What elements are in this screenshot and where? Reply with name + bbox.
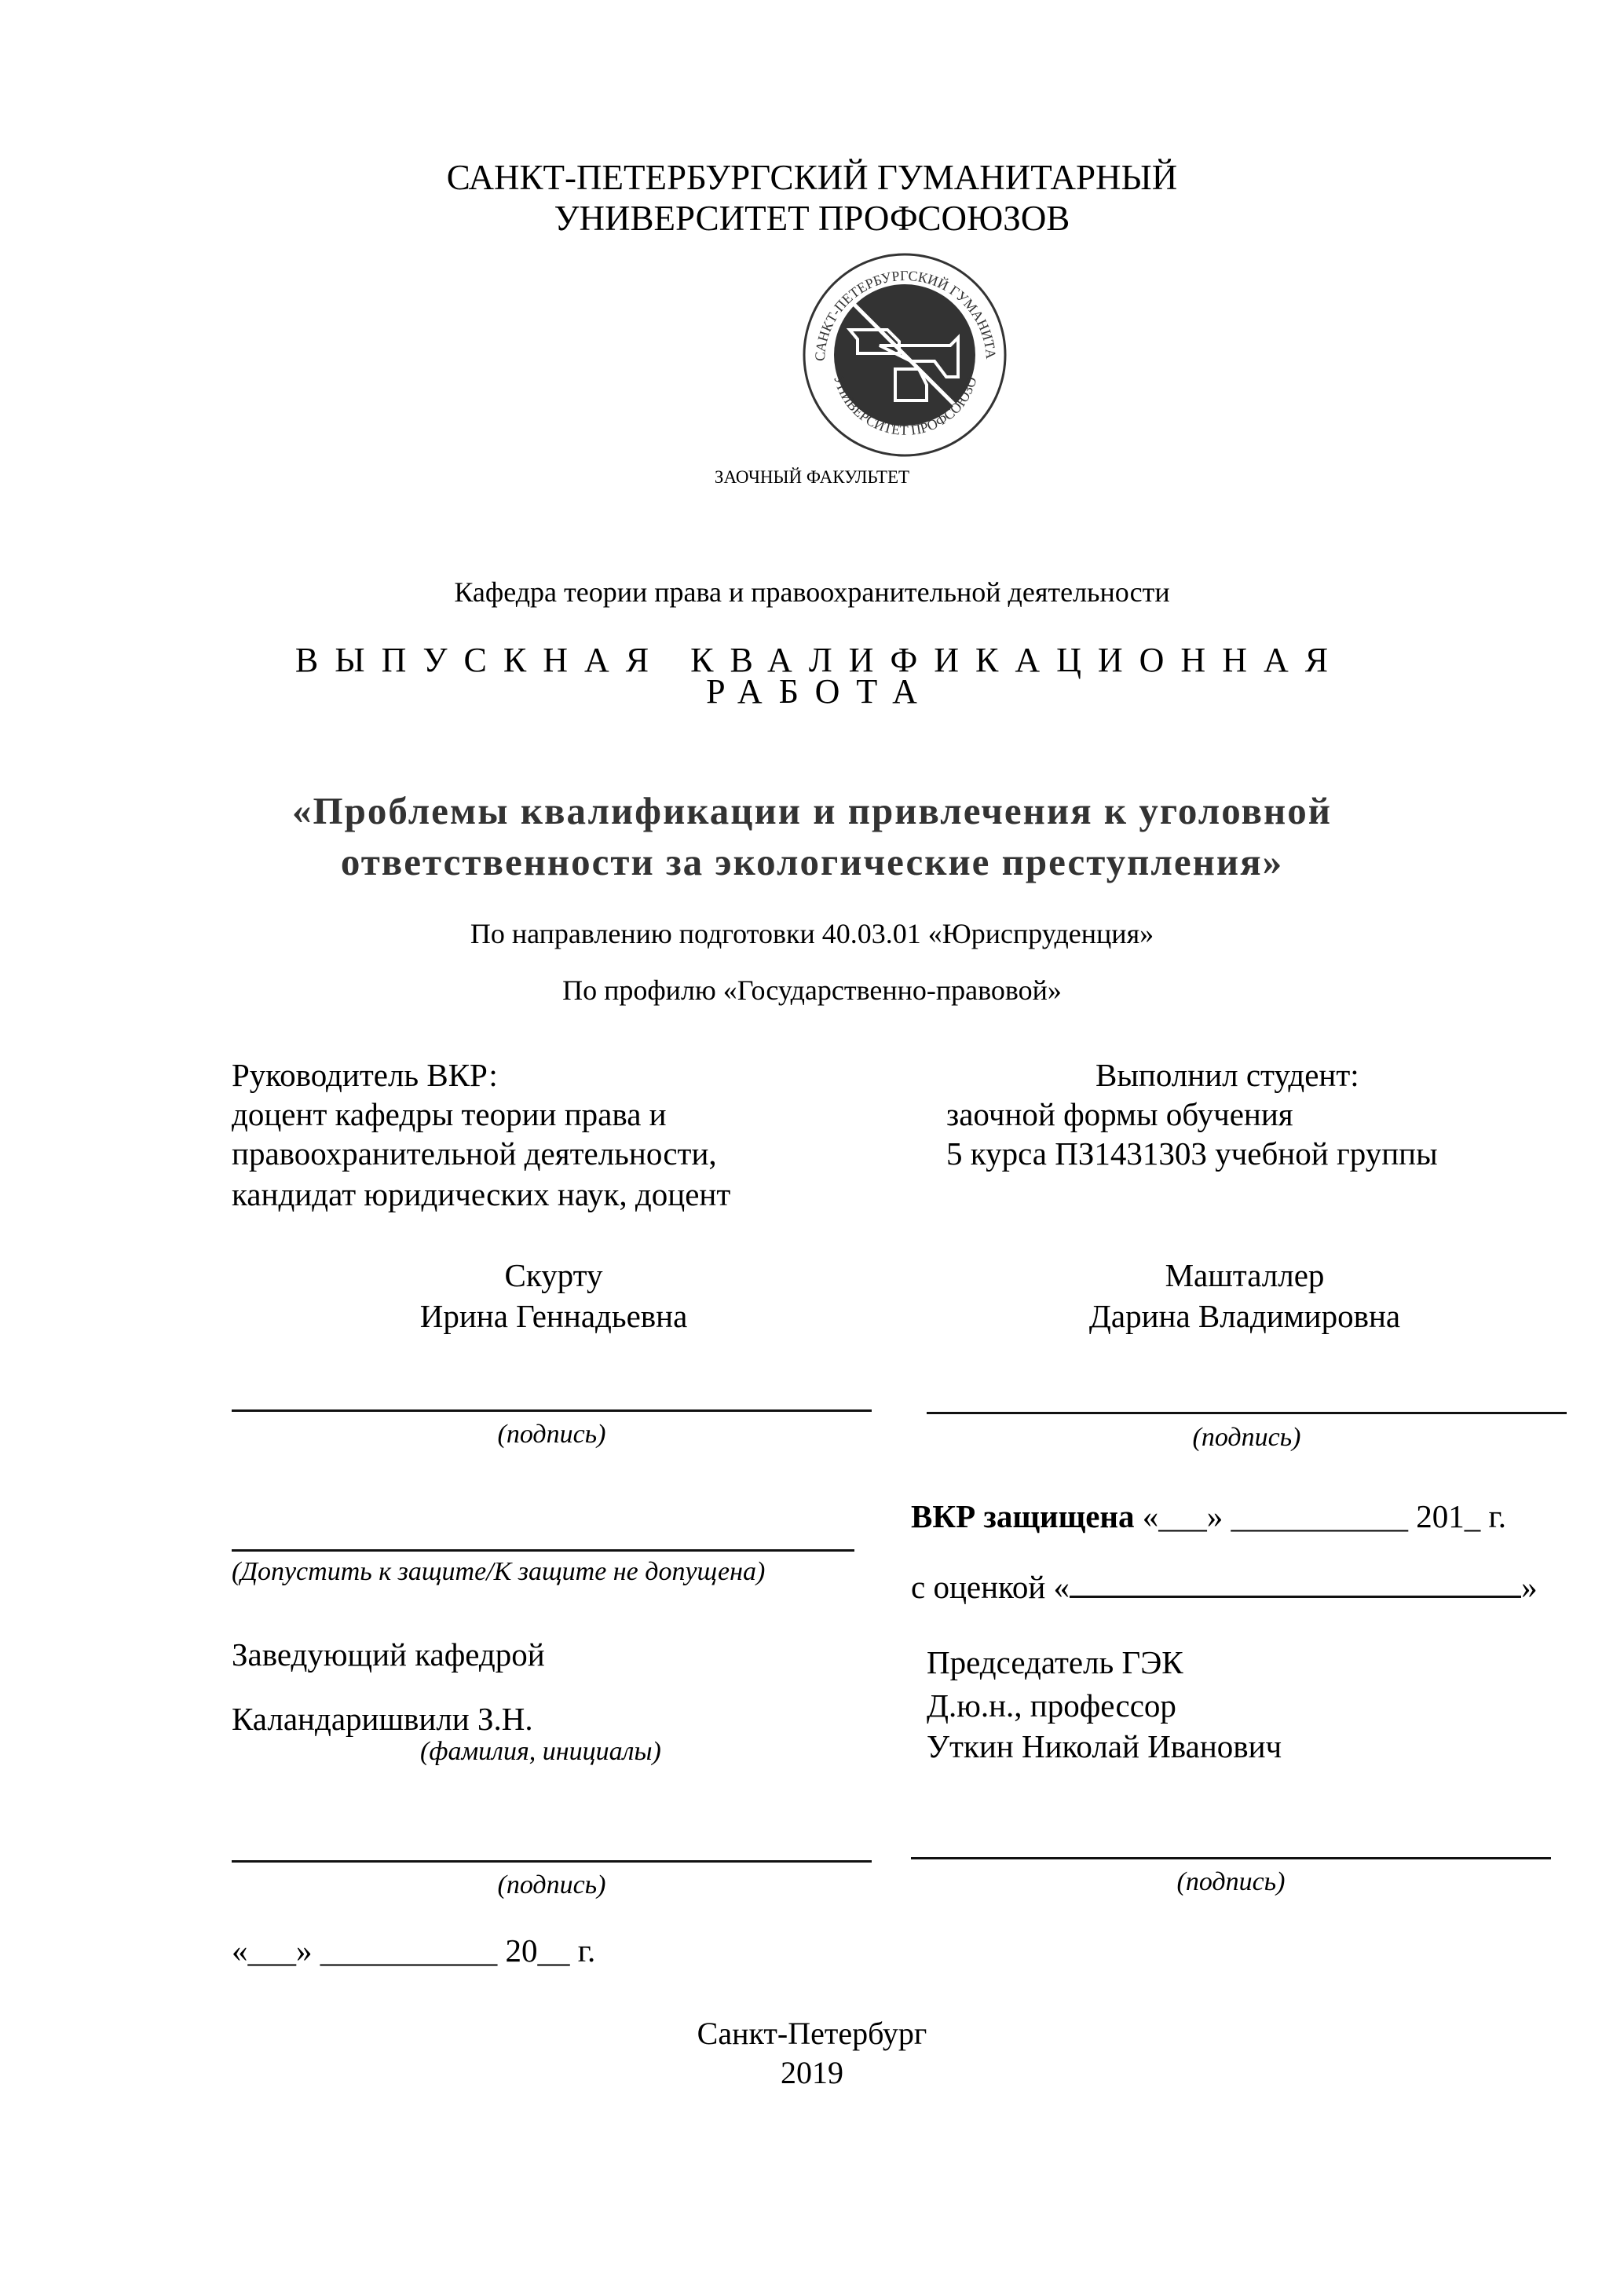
chairman-title: Председатель ГЭК xyxy=(927,1643,1183,1682)
chairman-signature-caption: (подпись) xyxy=(911,1867,1551,1897)
supervisor-signature-line[interactable] xyxy=(232,1409,872,1412)
chairman-signature-line[interactable] xyxy=(911,1857,1551,1859)
grade-field[interactable] xyxy=(1070,1572,1521,1598)
chairman-degree: Д.ю.н., профессор xyxy=(927,1687,1176,1725)
university-emblem-icon: САНКТ-ПЕТЕРБУРГСКИЙ ГУМАНИТАРНЫЙ УНИВЕРС… xyxy=(801,251,1009,459)
admission-caption: (Допустить к защите/К защите не допущена… xyxy=(232,1557,765,1587)
city: Санкт-Петербург xyxy=(0,2014,1624,2053)
supervisor-heading: Руководитель ВКР: xyxy=(232,1056,498,1095)
university-name-line1: САНКТ-ПЕТЕРБУРГСКИЙ ГУМАНИТАРНЫЙ xyxy=(0,157,1624,198)
defense-record: ВКР защищена «___» ___________ 201_ г. xyxy=(911,1497,1506,1536)
faculty-name: ЗАОЧНЫЙ ФАКУЛЬТЕТ xyxy=(0,467,1624,488)
student-given-name: Дарина Владимировна xyxy=(923,1297,1567,1336)
head-signature-caption: (подпись) xyxy=(232,1870,872,1900)
university-logo: САНКТ-ПЕТЕРБУРГСКИЙ ГУМАНИТАРНЫЙ УНИВЕРС… xyxy=(801,251,1009,459)
head-of-department-title: Заведующий кафедрой xyxy=(232,1636,545,1674)
chairman-name: Уткин Николай Иванович xyxy=(927,1727,1282,1766)
grade-prefix: с оценкой « xyxy=(911,1569,1070,1605)
supervisor-position-line2: правоохранительной деятельности, xyxy=(232,1135,717,1173)
thesis-title-line1: «Проблемы квалификации и привлечения к у… xyxy=(0,785,1624,836)
student-signature-caption: (подпись) xyxy=(927,1423,1567,1453)
year: 2019 xyxy=(0,2053,1624,2093)
supervisor-given-name: Ирина Геннадьевна xyxy=(232,1297,876,1336)
head-signature-date[interactable]: «___» ___________ 20__ г. xyxy=(232,1932,595,1970)
head-of-department-name: Каландаришвили З.Н. xyxy=(232,1700,533,1738)
supervisor-position-line3: кандидат юридических наук, доцент xyxy=(232,1175,730,1214)
study-direction: По направлению подготовки 40.03.01 «Юрис… xyxy=(0,917,1624,950)
defense-grade: с оценкой «» xyxy=(911,1568,1538,1607)
student-signature-line[interactable] xyxy=(927,1412,1567,1414)
study-profile: По профилю «Государственно-правовой» xyxy=(0,974,1624,1007)
defense-date[interactable]: «___» ___________ 201_ г. xyxy=(1143,1498,1506,1534)
supervisor-surname: Скурту xyxy=(232,1256,876,1295)
department-name: Кафедра теории права и правоохранительно… xyxy=(0,576,1624,609)
student-heading: Выполнил студент: xyxy=(1095,1056,1359,1095)
head-signature-line[interactable] xyxy=(232,1860,872,1863)
grade-suffix: » xyxy=(1521,1569,1538,1605)
student-info-line1: заочной формы обучения xyxy=(946,1095,1293,1134)
supervisor-signature-caption: (подпись) xyxy=(232,1420,872,1450)
head-name-caption: (фамилия, инициалы) xyxy=(420,1737,661,1767)
defense-label: ВКР защищена xyxy=(911,1498,1135,1534)
work-type-line2: РАБОТА xyxy=(0,675,1624,708)
admission-decision-line[interactable] xyxy=(232,1549,854,1552)
university-name-line2: УНИВЕРСИТЕТ ПРОФСОЮЗОВ xyxy=(0,198,1624,239)
student-info-line2: 5 курса ПЗ1431303 учебной группы xyxy=(946,1135,1438,1173)
student-surname: Машталлер xyxy=(923,1256,1567,1295)
supervisor-position-line1: доцент кафедры теории права и xyxy=(232,1095,667,1134)
thesis-title-line2: ответственности за экологические преступ… xyxy=(0,836,1624,887)
